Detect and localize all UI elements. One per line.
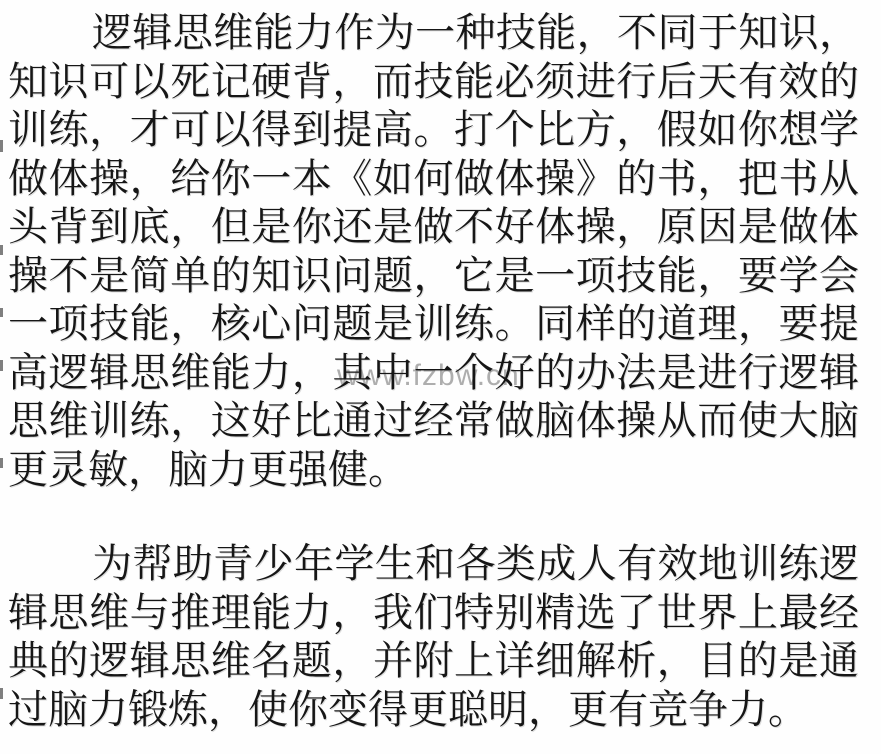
- text-line: 典的逻辑思维名题，并附上详细解析，目的是通: [8, 637, 859, 686]
- text-line: 高逻辑思维能力，其中一个好的办法是进行逻辑: [8, 349, 859, 398]
- scan-artifact: [0, 308, 3, 317]
- text-line: 知识可以死记硬背，而技能必须进行后天有效的: [8, 58, 859, 107]
- scan-artifact: [0, 688, 3, 699]
- scan-artifact: [0, 140, 3, 152]
- text-line: 做体操，给你一本《如何做体操》的书，把书从: [8, 155, 859, 204]
- text-line: 操不是简单的知识问题，它是一项技能，要学会: [8, 252, 859, 301]
- document-page: www.fzbw.cn 逻辑思维能力作为一种技能，不同于知识， 知识可以死记硬背…: [0, 0, 881, 754]
- text-line: 头背到底，但是你还是做不好体操，原因是做体: [8, 203, 859, 252]
- text-line: 更灵敏，脑力更强健。: [8, 446, 859, 495]
- text-line: 逻辑思维能力作为一种技能，不同于知识，: [8, 9, 859, 58]
- text-line: 为帮助青少年学生和各类成人有效地训练逻: [8, 540, 859, 589]
- text-line: 一项技能，核心问题是训练。同样的道理，要提: [8, 300, 859, 349]
- text-line: 训练，才可以得到提高。打个比方，假如你想学: [8, 106, 859, 155]
- text-block: 逻辑思维能力作为一种技能，不同于知识， 知识可以死记硬背，而技能必须进行后天有效…: [0, 0, 881, 734]
- paragraph-1: 逻辑思维能力作为一种技能，不同于知识， 知识可以死记硬背，而技能必须进行后天有效…: [8, 9, 859, 494]
- text-line: 过脑力锻炼，使你变得更聪明，更有竞争力。: [8, 686, 859, 735]
- scan-artifact: [0, 245, 3, 255]
- text-line: 思维训练，这好比通过经常做脑体操从而使大脑: [8, 397, 859, 446]
- scan-artifact: [0, 458, 3, 468]
- scan-artifact: [0, 360, 3, 371]
- paragraph-2: 为帮助青少年学生和各类成人有效地训练逻 辑思维与推理能力，我们特别精选了世界上最…: [8, 540, 859, 734]
- text-line: 辑思维与推理能力，我们特别精选了世界上最经: [8, 589, 859, 638]
